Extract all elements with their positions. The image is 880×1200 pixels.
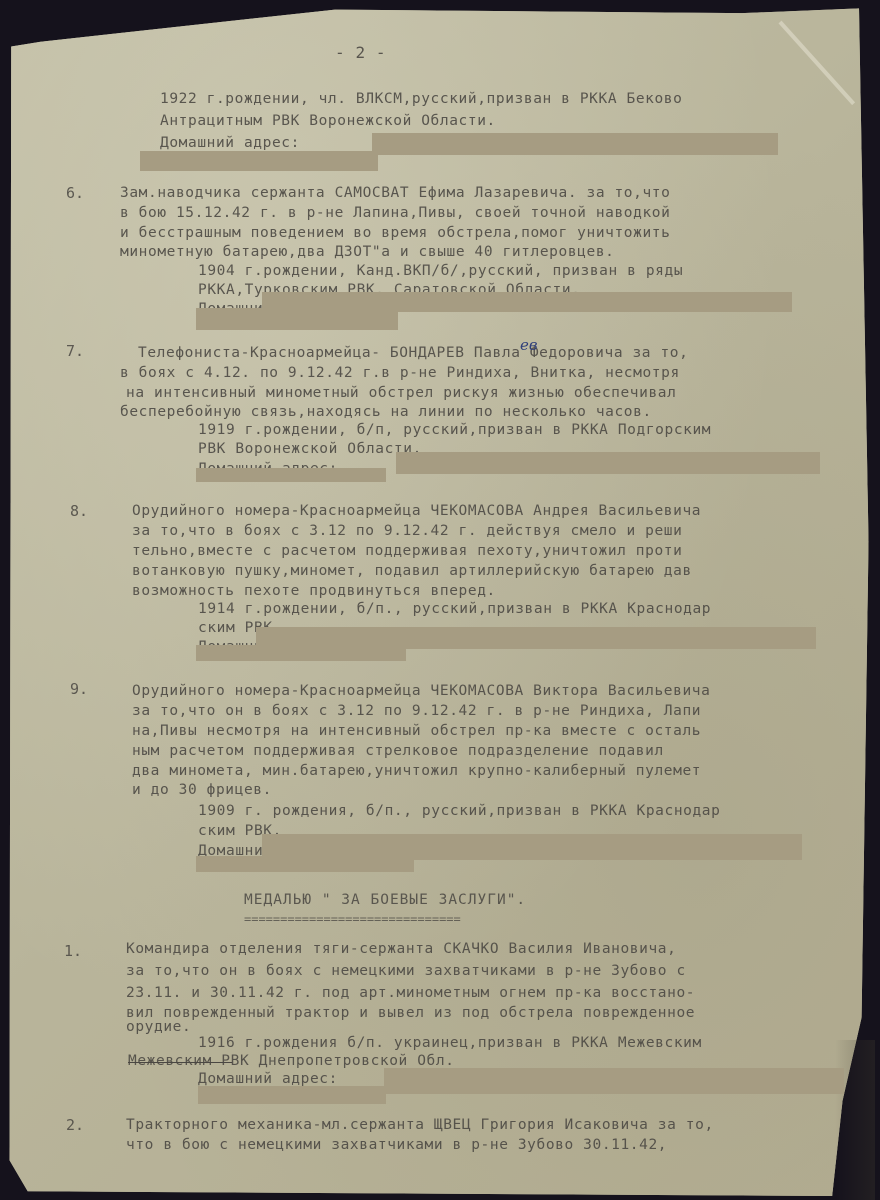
entry-line: 23.11. и 30.11.42 г. под арт.минометным … — [126, 984, 695, 1002]
bio-line: 1919 г.рождении, б/п, русский,призван в … — [198, 421, 711, 439]
redacted-address — [140, 151, 378, 171]
redacted-address — [198, 1086, 386, 1104]
entry-line: за то,что он в боях с немецкими захватчи… — [126, 962, 686, 980]
redacted-address — [196, 468, 386, 482]
redacted-address — [384, 1068, 844, 1094]
page-number: - 2 - — [335, 44, 386, 62]
entry-line: минометную батарею,два ДЗОТ"а и свыше 40… — [120, 243, 614, 261]
entry-number: 9. — [70, 680, 88, 698]
entry-line: возможность пехоте продвинуться вперед. — [132, 582, 496, 600]
entry-line: за то,что в боях с 3.12 по 9.12.42 г. де… — [132, 522, 682, 540]
entry-number: 1. — [64, 942, 82, 960]
entry-number: 2. — [66, 1116, 84, 1134]
entry-line: на интенсивный минометный обстрел рискуя… — [126, 384, 676, 402]
entry-line: в бою 15.12.42 г. в р-не Лапина,Пивы, св… — [120, 204, 670, 222]
entry-line: что в бою с немецкими захватчиками в р-н… — [126, 1136, 667, 1154]
entry-line: и до 30 фрицев. — [132, 781, 272, 799]
handwritten-correction: ев — [520, 336, 538, 354]
intro-line: Антрацитным РВК Воронежской Области. — [160, 112, 496, 130]
entry-line: за то,что он в боях с 3.12 по 9.12.42 г.… — [132, 702, 701, 720]
paper-fold — [835, 1040, 875, 1200]
strikethrough — [128, 1062, 232, 1063]
entry-line: Телефониста-Красноармейца- БОНДАРЕВ Павл… — [138, 344, 688, 362]
entry-line: Орудийного номера-Красноармейца ЧЕКОМАСО… — [132, 682, 710, 700]
entry-line: вотанковую пушку,миномет, подавил артилл… — [132, 562, 692, 580]
redacted-address — [372, 133, 778, 155]
bio-line: 1904 г.рождении, Канд.ВКП/б/,русский, пр… — [198, 262, 683, 280]
entry-line: ным расчетом поддерживая стрелковое подр… — [132, 742, 664, 760]
entry-line: Тракторного механика-мл.сержанта ЩВЕЦ Гр… — [126, 1116, 714, 1134]
entry-line: два миномета, мин.батарею,уничтожил круп… — [132, 762, 701, 780]
entry-line: тельно,вместе с расчетом поддерживая пех… — [132, 542, 682, 560]
entry-line: бесперебойную связь,находясь на линии по… — [120, 403, 652, 421]
intro-line: 1922 г.рождении, чл. ВЛКСМ,русский,призв… — [160, 90, 682, 108]
address-label: Домашний адрес: — [160, 134, 300, 152]
bio-line: РВК Воронежской Области. — [198, 440, 422, 458]
entry-line: вил поврежденный трактор и вывел из под … — [126, 1004, 695, 1022]
entry-line: Зам.наводчика сержанта САМОСВАТ Ефима Ла… — [120, 184, 670, 202]
redacted-address — [196, 645, 406, 661]
section-title: МЕДАЛЬЮ " ЗА БОЕВЫЕ ЗАСЛУГИ". — [244, 892, 526, 908]
entry-line: орудие. — [126, 1018, 191, 1036]
bio-line: 1916 г.рождения б/п. украинец,призван в … — [198, 1034, 702, 1052]
entry-line: на,Пивы несмотря на интенсивный обстрел … — [132, 722, 701, 740]
redacted-address — [196, 308, 398, 330]
entry-line: Орудийного номера-Красноармейца ЧЕКОМАСО… — [132, 502, 701, 520]
entry-number: 7. — [66, 342, 84, 360]
redacted-address — [396, 452, 820, 474]
section-underline: ============================== — [244, 912, 461, 926]
redacted-address — [196, 856, 414, 872]
entry-number: 6. — [66, 184, 84, 202]
bio-line: 1909 г. рождения, б/п., русский,призван … — [198, 802, 720, 820]
entry-line: в боях с 4.12. по 9.12.42 г.в р-не Ринди… — [120, 364, 680, 382]
bio-line: 1914 г.рождении, б/п., русский,призван в… — [198, 600, 711, 618]
entry-line: и бесстрашным поведением во время обстре… — [120, 224, 670, 242]
entry-line: Командира отделения тяги-сержанта СКАЧКО… — [126, 940, 676, 958]
entry-number: 8. — [70, 502, 88, 520]
